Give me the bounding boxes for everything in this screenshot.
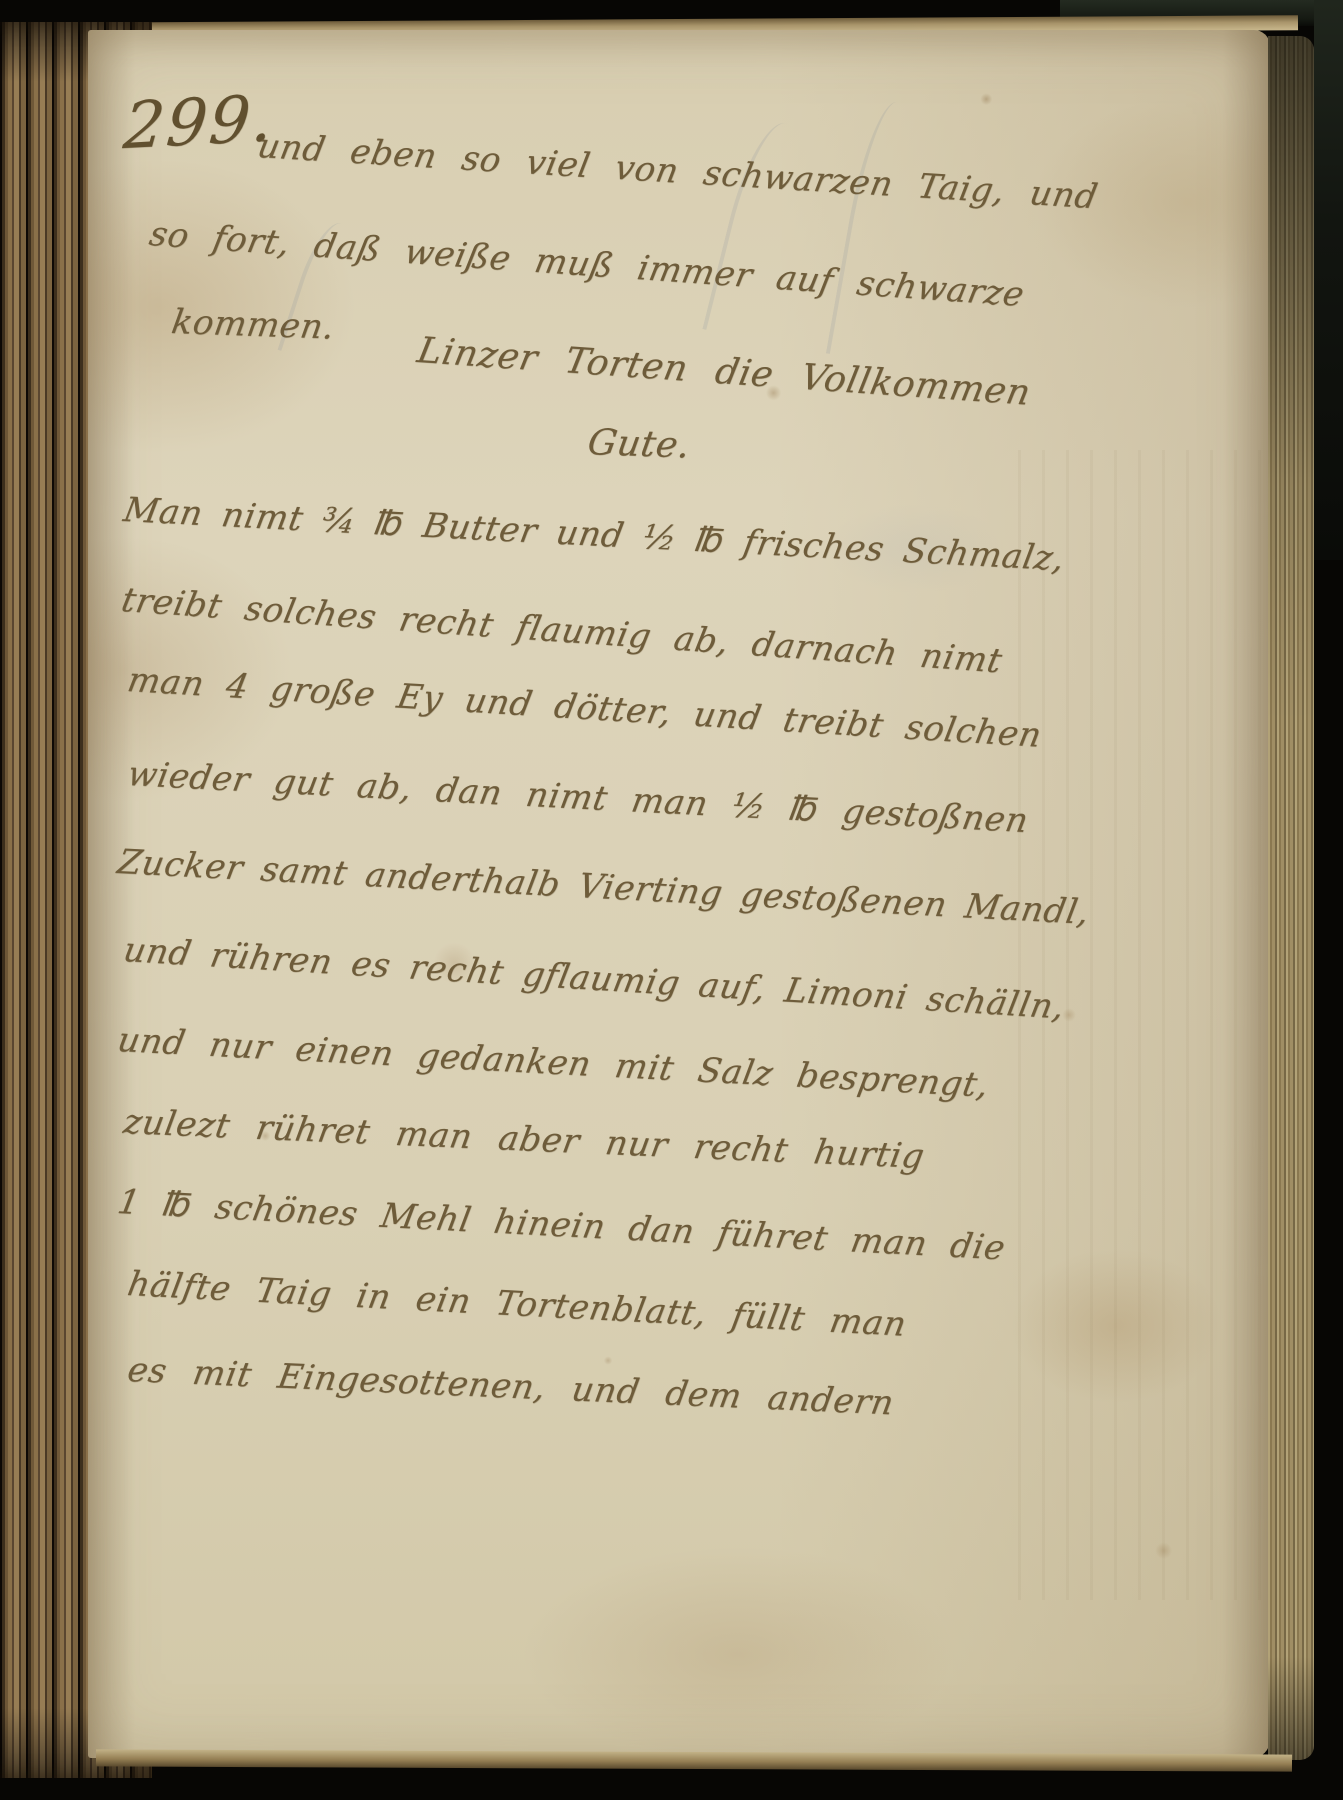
manuscript-line: und eben so viel von schwarzen Taig, und [254, 126, 1101, 217]
page-block-fore-edge [1268, 36, 1314, 1760]
manuscript-line: zulezt rühret man aber nur recht hurtig [121, 1102, 928, 1177]
scanned-manuscript-photo: 299. und eben so viel von schwarzen Taig… [0, 0, 1343, 1800]
recipe-title-line-1: Linzer Torten die Vollkommen [414, 330, 1034, 413]
manuscript-line: kommen. [169, 302, 338, 347]
manuscript-line: es mit Eingesottenen, und dem andern [125, 1350, 897, 1423]
ink-show-through [826, 97, 924, 362]
ink-show-through [702, 116, 817, 345]
book-cover-right-edge [1314, 0, 1343, 560]
manuscript-line: Man nimt ¾ ℔ Butter und ½ ℔ frisches Sch… [121, 490, 1068, 579]
manuscript-line: und rühren es recht gflaumig auf, Limoni… [120, 930, 1068, 1027]
page-number: 299. [121, 82, 278, 164]
manuscript-line: hälfte Taig in ein Tortenblatt, füllt ma… [125, 1264, 910, 1344]
manuscript-line: 1 ℔ schönes Mehl hinein dan führet man d… [115, 1182, 1009, 1268]
recipe-title-line-2: Gute. [585, 422, 694, 466]
manuscript-line: Zucker samt anderthalb Vierting gestoßen… [115, 842, 1093, 933]
manuscript-line: und nur einen gedanken mit Salz bespreng… [115, 1020, 993, 1105]
manuscript-line: wieder gut ab, dan nimt man ½ ℔ gestoßne… [125, 754, 1032, 841]
manuscript-page: 299. und eben so viel von schwarzen Taig… [88, 30, 1270, 1758]
manuscript-line: treibt solches recht flaumig ab, darnach… [118, 580, 1005, 681]
